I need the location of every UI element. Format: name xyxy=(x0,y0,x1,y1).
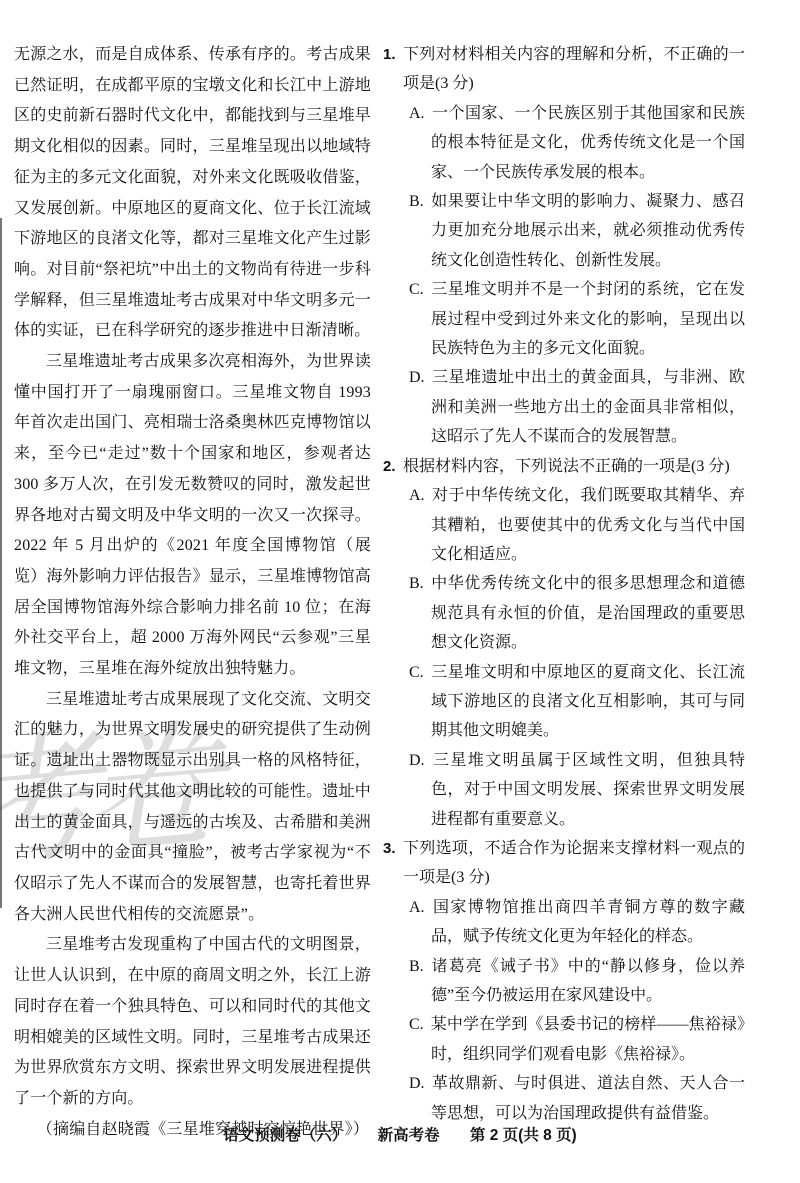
passage-paragraphs: 无源之水，而是自成体系、传承有序的。考古成果已然证明，在成都平原的宝墩文化和长江… xyxy=(14,40,371,1115)
option-text: 诸葛亮《诫子书》中的“静以修身，俭以养德”至今仍被运用在家风建设中。 xyxy=(431,958,745,1004)
scan-edge-artifact xyxy=(0,218,2,908)
option-D: D.三星堆文明虽属于区域性文明，但独具特色，对于中国文明发展、探索世界文明发展进… xyxy=(409,746,745,834)
option-A: A.国家博物馆推出商四羊青铜方尊的数字藏品，赋予传统文化更为年轻化的样态。 xyxy=(409,893,745,952)
option-text: 一个国家、一个民族区别于其他国家和民族的根本特征是文化，优秀传统文化是一个国家、… xyxy=(431,105,745,181)
option-text: 三星堆文明虽属于区域性文明，但独具特色，对于中国文明发展、探索世界文明发展进程都… xyxy=(431,752,745,828)
question-3: 3.下列选项，不适合作为论据来支撑材料一观点的一项是(3 分)A.国家博物馆推出… xyxy=(385,834,745,1128)
option-text: 中华优秀传统文化中的很多思想理念和道德规范具有永恒的价值，是治国理政的重要思想文… xyxy=(431,575,745,651)
footer-exam-title: 语文预测卷（六） xyxy=(223,1123,347,1145)
option-D: D.革故鼎新、与时俱进、道法自然、天人合一等思想，可以为治国理政提供有益借鉴。 xyxy=(409,1069,745,1128)
footer-paper-type: 新高考卷 xyxy=(378,1123,440,1145)
footer-page-info: 第 2 页(共 8 页) xyxy=(470,1123,577,1145)
option-label: A. xyxy=(409,105,425,122)
option-label: B. xyxy=(409,958,424,975)
question-2: 2.根据材料内容，下列说法不正确的一项是(3 分)A.对于中华传统文化，我们既要… xyxy=(385,452,745,834)
question-number: 2. xyxy=(383,452,396,481)
option-label: B. xyxy=(409,575,424,592)
option-text: 对于中华传统文化，我们既要取其精华、弃其糟粕，也要使其中的优秀文化与当代中国文化… xyxy=(431,487,745,563)
question-stem: 下列选项，不适合作为论据来支撑材料一观点的一项是(3 分) xyxy=(403,834,745,893)
questions-column: 1.下列对材料相关内容的理解和分析，不正确的一项是(3 分)A.一个国家、一个民… xyxy=(385,40,745,1128)
option-C: C.三星堆文明和中原地区的夏商文化、长江流域下游地区的良渚文化互相影响，其可与同… xyxy=(409,658,745,746)
passage-paragraph-3: 三星堆遗址考古成果展现了文化交流、文明交汇的魅力，为世界文明发展史的研究提供了生… xyxy=(14,685,371,931)
passage-paragraph-2: 三星堆遗址考古成果多次亮相海外，为世界读懂中国打开了一扇瑰丽窗口。三星堆文物自 … xyxy=(14,347,371,685)
passage-column: 无源之水，而是自成体系、传承有序的。考古成果已然证明，在成都平原的宝墩文化和长江… xyxy=(14,40,371,1145)
option-label: C. xyxy=(409,281,424,298)
option-B: B.如果要让中华文明的影响力、凝聚力、感召力更加充分地展示出来，就必须推动优秀传… xyxy=(409,187,745,275)
question-number: 1. xyxy=(383,40,396,69)
option-label: D. xyxy=(409,1075,425,1092)
question-number: 3. xyxy=(383,834,396,863)
option-text: 某中学在学到《县委书记的榜样——焦裕禄》时，组织同学们观看电影《焦裕禄》。 xyxy=(431,1016,745,1062)
question-stem: 下列对材料相关内容的理解和分析，不正确的一项是(3 分) xyxy=(403,40,745,99)
option-label: B. xyxy=(409,193,424,210)
option-label: C. xyxy=(409,1016,424,1033)
option-label: C. xyxy=(409,664,424,681)
option-text: 国家博物馆推出商四羊青铜方尊的数字藏品，赋予传统文化更为年轻化的样态。 xyxy=(431,899,745,945)
page-footer: 语文预测卷（六） 新高考卷 第 2 页(共 8 页) xyxy=(0,1123,800,1145)
option-label: A. xyxy=(409,899,425,916)
option-C: C.某中学在学到《县委书记的榜样——焦裕禄》时，组织同学们观看电影《焦裕禄》。 xyxy=(409,1010,745,1069)
passage-paragraph-1: 无源之水，而是自成体系、传承有序的。考古成果已然证明，在成都平原的宝墩文化和长江… xyxy=(14,40,371,347)
option-label: D. xyxy=(409,752,425,769)
option-text: 如果要让中华文明的影响力、凝聚力、感召力更加充分地展示出来，就必须推动优秀传统文… xyxy=(431,193,745,269)
option-A: A.对于中华传统文化，我们既要取其精华、弃其糟粕，也要使其中的优秀文化与当代中国… xyxy=(409,481,745,569)
option-D: D.三星堆遗址中出土的黄金面具，与非洲、欧洲和美洲一些地方出土的金面具非常相似，… xyxy=(409,363,745,451)
passage-paragraph-4: 三星堆考古发现重构了中国古代的文明图景，让世人认识到，在中原的商周文明之外，长江… xyxy=(14,930,371,1114)
option-text: 三星堆文明并不是一个封闭的系统，它在发展过程中受到过外来文化的影响，呈现出以民族… xyxy=(431,281,745,357)
option-text: 三星堆文明和中原地区的夏商文化、长江流域下游地区的良渚文化互相影响，其可与同期其… xyxy=(431,664,745,740)
question-1: 1.下列对材料相关内容的理解和分析，不正确的一项是(3 分)A.一个国家、一个民… xyxy=(385,40,745,452)
option-B: B.诸葛亮《诫子书》中的“静以修身，俭以养德”至今仍被运用在家风建设中。 xyxy=(409,952,745,1011)
option-label: A. xyxy=(409,487,425,504)
option-text: 革故鼎新、与时俱进、道法自然、天人合一等思想，可以为治国理政提供有益借鉴。 xyxy=(431,1075,745,1121)
option-text: 三星堆遗址中出土的黄金面具，与非洲、欧洲和美洲一些地方出土的金面具非常相似，这昭… xyxy=(431,369,745,445)
option-A: A.一个国家、一个民族区别于其他国家和民族的根本特征是文化，优秀传统文化是一个国… xyxy=(409,99,745,187)
option-C: C.三星堆文明并不是一个封闭的系统，它在发展过程中受到过外来文化的影响，呈现出以… xyxy=(409,275,745,363)
question-stem: 根据材料内容，下列说法不正确的一项是(3 分) xyxy=(403,452,745,481)
option-label: D. xyxy=(409,369,425,386)
option-B: B.中华优秀传统文化中的很多思想理念和道德规范具有永恒的价值，是治国理政的重要思… xyxy=(409,569,745,657)
